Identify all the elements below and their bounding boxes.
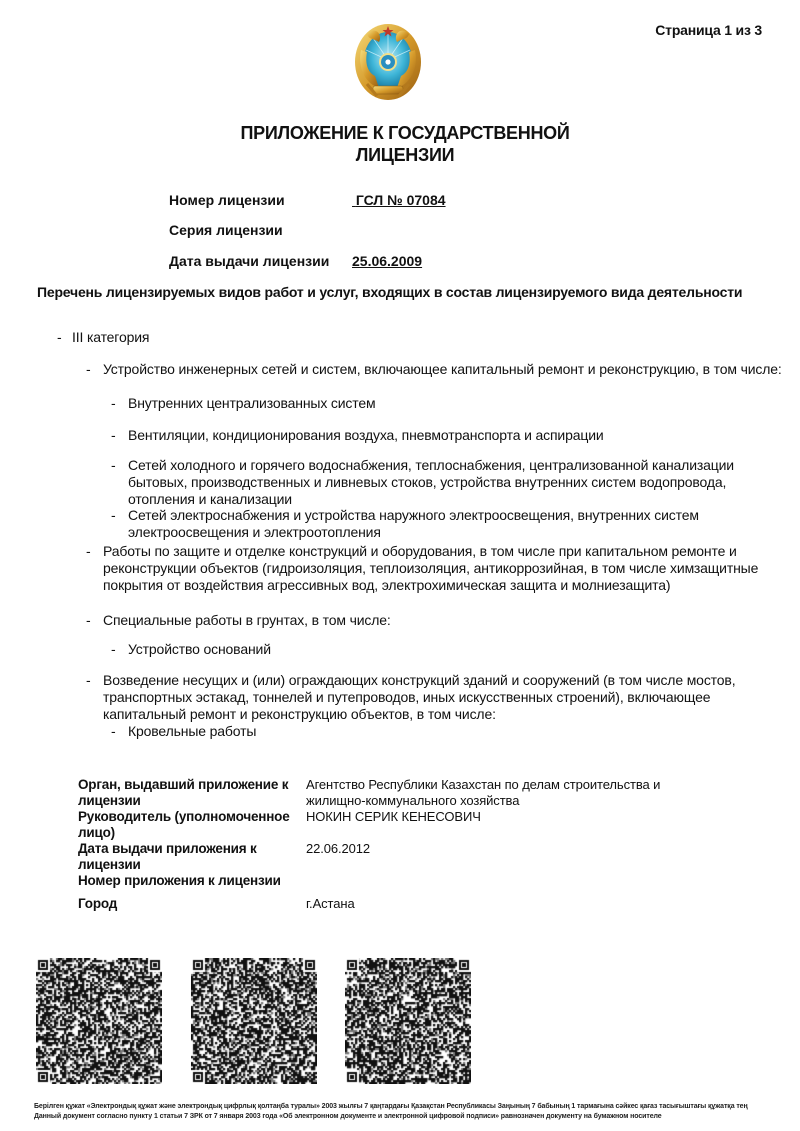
city-value: г.Астана bbox=[306, 896, 706, 912]
work-subitem-text: Сетей электроснабжения и устройства нару… bbox=[128, 507, 699, 540]
list-dash: - bbox=[57, 329, 62, 346]
works-heading: Перечень лицензируемых видов работ и усл… bbox=[37, 284, 757, 301]
footer-legal-kz: Берілген құжат «Электрондық құжат және э… bbox=[34, 1102, 774, 1111]
issuer-label: Орган, выдавший приложение к лицензии bbox=[78, 777, 298, 809]
head-value: НОКИН СЕРИК КЕНЕСОВИЧ bbox=[306, 809, 706, 825]
qr-code-icon bbox=[191, 958, 317, 1084]
qr-code-icon bbox=[345, 958, 471, 1084]
license-date-value: 25.06.2009 bbox=[352, 253, 422, 269]
work-item-2: - Работы по защите и отделке конструкций… bbox=[103, 543, 783, 594]
state-emblem-icon bbox=[353, 20, 423, 102]
category-label: III категория bbox=[72, 329, 149, 345]
list-dash: - bbox=[111, 723, 116, 740]
work-subitem-text: Устройство оснований bbox=[128, 641, 271, 657]
head-label: Руководитель (уполномоченное лицо) bbox=[78, 809, 298, 841]
work-subitem: - Внутренних централизованных систем bbox=[128, 395, 768, 412]
list-dash: - bbox=[111, 507, 116, 524]
work-item-4: - Возведение несущих и (или) ограждающих… bbox=[103, 672, 783, 723]
list-dash: - bbox=[111, 395, 116, 412]
appendix-date-value: 22.06.2012 bbox=[306, 841, 706, 857]
list-dash: - bbox=[86, 361, 91, 378]
title-line-1: ПРИЛОЖЕНИЕ К ГОСУДАРСТВЕННОЙ bbox=[10, 122, 800, 144]
work-subitem: - Сетей электроснабжения и устройства на… bbox=[128, 507, 768, 541]
list-dash: - bbox=[111, 457, 116, 474]
work-item-text: Работы по защите и отделке конструкций и… bbox=[103, 543, 758, 593]
city-label: Город bbox=[78, 896, 298, 912]
license-number-text: ГСЛ № 07084 bbox=[356, 192, 446, 208]
title-line-2: ЛИЦЕНЗИИ bbox=[10, 144, 800, 166]
work-item-1: - Устройство инженерных сетей и систем, … bbox=[103, 361, 783, 378]
license-series-label: Серия лицензии bbox=[169, 222, 283, 238]
work-item-text: Специальные работы в грунтах, в том числ… bbox=[103, 612, 391, 628]
license-number-label: Номер лицензии bbox=[169, 192, 285, 208]
license-number-value: ГСЛ № 07084 bbox=[352, 192, 446, 208]
work-subitem: - Сетей холодного и горячего водоснабжен… bbox=[128, 457, 768, 508]
license-date-label: Дата выдачи лицензии bbox=[169, 253, 329, 269]
issuer-value: Агентство Республики Казахстан по делам … bbox=[306, 777, 706, 809]
list-dash: - bbox=[86, 543, 91, 560]
page-indicator: Страница 1 из 3 bbox=[655, 22, 762, 38]
document-title: ПРИЛОЖЕНИЕ К ГОСУДАРСТВЕННОЙ ЛИЦЕНЗИИ bbox=[0, 122, 800, 166]
appendix-number-label: Номер приложения к лицензии bbox=[78, 873, 318, 889]
work-subitem: - Кровельные работы bbox=[128, 723, 768, 740]
list-dash: - bbox=[111, 427, 116, 444]
work-subitem-text: Сетей холодного и горячего водоснабжения… bbox=[128, 457, 734, 507]
work-subitem: - Вентиляции, кондиционирования воздуха,… bbox=[128, 427, 768, 444]
category-item: - III категория bbox=[72, 329, 149, 346]
work-subitem-text: Внутренних централизованных систем bbox=[128, 395, 376, 411]
list-dash: - bbox=[86, 672, 91, 689]
appendix-date-label: Дата выдачи приложения к лицензии bbox=[78, 841, 298, 873]
work-subitem-text: Кровельные работы bbox=[128, 723, 256, 739]
work-subitem-text: Вентиляции, кондиционирования воздуха, п… bbox=[128, 427, 604, 443]
work-item-3: - Специальные работы в грунтах, в том чи… bbox=[103, 612, 783, 629]
qr-code-icon bbox=[36, 958, 162, 1084]
list-dash: - bbox=[86, 612, 91, 629]
work-item-text: Возведение несущих и (или) ограждающих к… bbox=[103, 672, 735, 722]
footer-legal-ru: Данный документ согласно пункту 1 статьи… bbox=[34, 1112, 774, 1121]
work-subitem: - Устройство оснований bbox=[128, 641, 768, 658]
work-item-text: Устройство инженерных сетей и систем, вк… bbox=[103, 361, 782, 377]
list-dash: - bbox=[111, 641, 116, 658]
